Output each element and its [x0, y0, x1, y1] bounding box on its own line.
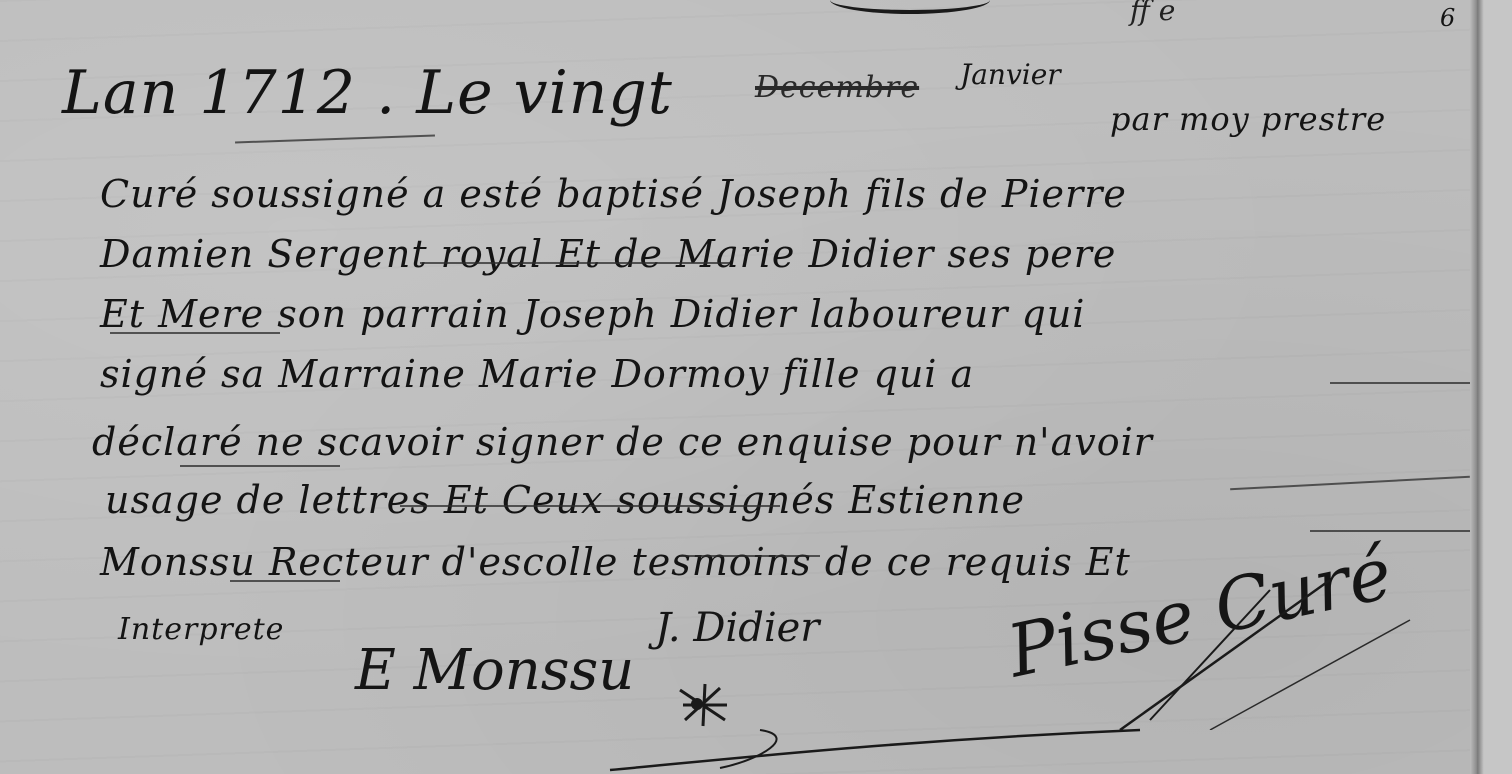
register-line-9: Interprete — [118, 612, 284, 647]
page-marker: 6 — [1440, 4, 1455, 32]
register-line-3: Damien Sergent royal Et de Marie Didier … — [100, 232, 1116, 276]
line-8-filler-rule-a — [230, 580, 340, 582]
register-line-4: Et Mere son parrain Joseph Didier labour… — [100, 292, 1085, 336]
facing-page-edge — [1484, 0, 1512, 774]
register-line-2: Curé soussigné a esté baptisé Joseph fil… — [100, 172, 1127, 216]
line-7-end-rule — [1230, 476, 1470, 491]
top-flourish — [830, 0, 990, 14]
interlinear-janvier: Janvier — [960, 58, 1061, 91]
line-6-filler-rule — [180, 465, 340, 467]
signature-monssu: E Monssu — [355, 638, 634, 703]
struck-word-decembre: Decembre — [755, 70, 919, 105]
line-5-filler-rule — [1330, 382, 1470, 384]
register-line-5: signé sa Marraine Marie Dormoy fille qui… — [100, 352, 974, 396]
line-8-end-rule — [1310, 530, 1470, 532]
priest-signature-strokes — [1010, 560, 1430, 730]
document-page: ff e 6 Lan 1712 . Le vingt Decembre Janv… — [0, 0, 1512, 774]
register-line-6: déclaré ne scavoir signer de ce enquise … — [92, 420, 1153, 464]
register-line-8: Monssu Recteur d'escolle tesmoins de ce … — [100, 540, 1131, 584]
top-remnant-text: ff e — [1130, 0, 1175, 27]
line-7-filler-rule — [400, 505, 780, 507]
binding-gutter — [1470, 0, 1484, 774]
line-8-filler-rule-b — [680, 555, 820, 557]
line-1-continuation: par moy prestre — [1110, 100, 1386, 138]
register-line-1: Lan 1712 . Le vingt — [62, 58, 673, 128]
line-3-filler-rule — [420, 262, 730, 264]
signature-didier: J. Didier — [655, 605, 819, 651]
line-1-text: Lan 1712 . Le vingt — [62, 58, 673, 128]
underline-year — [235, 135, 435, 144]
register-line-7: usage de lettres Et Ceux soussignés Esti… — [105, 478, 1025, 522]
line-4-filler-rule — [110, 332, 280, 334]
